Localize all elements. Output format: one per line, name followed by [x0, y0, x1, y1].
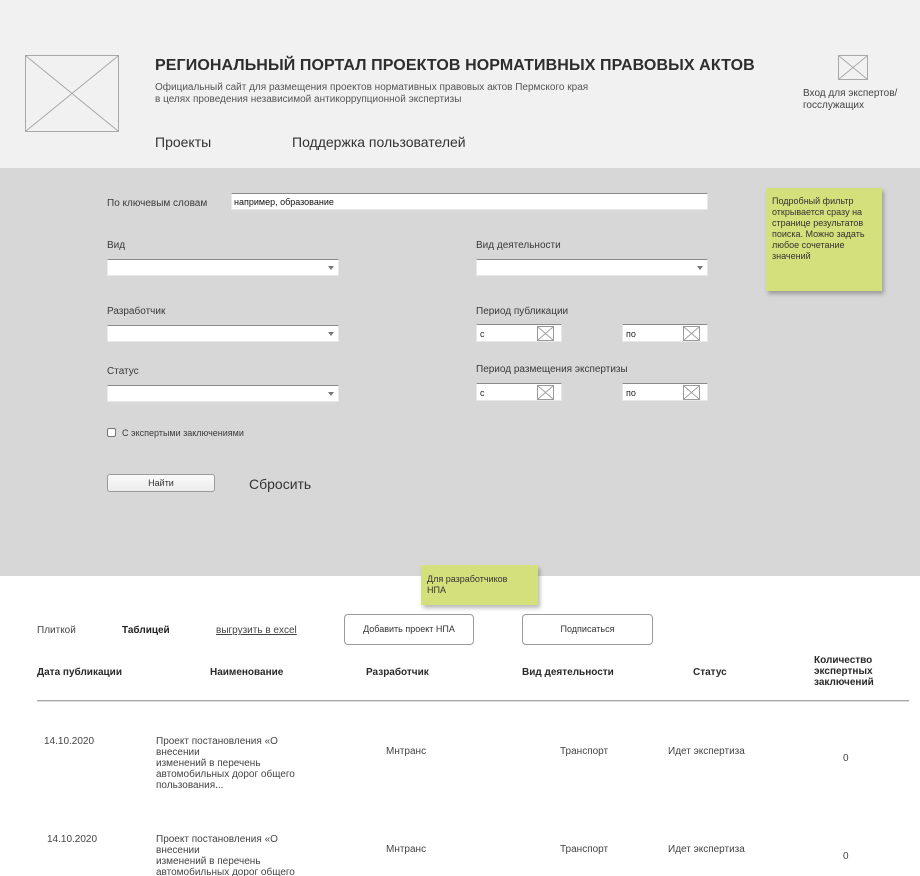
name-line: Проект постановления «О: [156, 834, 326, 845]
name-line: изменений в перечень: [156, 758, 326, 769]
chevron-down-icon: [328, 392, 334, 396]
publication-from-input[interactable]: с: [476, 324, 562, 342]
name-line: внесении: [156, 845, 326, 856]
opinions-header-line-3: заключений: [814, 677, 874, 688]
chevron-down-icon: [697, 266, 703, 270]
kind-label: Вид: [107, 240, 125, 251]
developer-label: Разработчик: [107, 306, 165, 317]
site-subtitle: Официальный сайт для размещения проектов…: [155, 82, 675, 106]
status-select[interactable]: [107, 385, 339, 402]
calendar-icon[interactable]: [537, 385, 554, 400]
column-header-activity[interactable]: Вид деятельности: [522, 667, 614, 678]
cell-name[interactable]: Проект постановления «О внесении изменен…: [156, 834, 326, 876]
expert-opinions-filter[interactable]: С экспертыми заключениями: [107, 428, 244, 438]
site-title: РЕГИОНАЛЬНЫЙ ПОРТАЛ ПРОЕКТОВ НОРМАТИВНЫХ…: [155, 57, 755, 75]
cell-developer: Мнтранс: [386, 746, 426, 757]
table-header-divider: [37, 700, 909, 701]
calendar-icon[interactable]: [537, 326, 554, 341]
logo-image-placeholder-icon[interactable]: [25, 55, 119, 132]
developer-select[interactable]: [107, 325, 339, 342]
expert-opinions-label: С экспертыми заключениями: [122, 428, 244, 438]
reset-button[interactable]: Сбросить: [249, 476, 311, 492]
cell-opinions: 0: [843, 851, 849, 862]
cell-date: 14.10.2020: [44, 736, 94, 747]
opinions-header-line-1: Количество: [814, 655, 874, 666]
column-header-opinions[interactable]: Количество экспертных заключений: [814, 655, 874, 688]
cell-status: Идет экспертиза: [668, 844, 745, 855]
dev-note-line-1: Для разработчиков: [427, 574, 532, 585]
cell-date: 14.10.2020: [47, 834, 97, 845]
cell-activity: Транспорт: [560, 844, 608, 855]
subtitle-line-2: в целях проведения независимой антикорру…: [155, 94, 675, 106]
expert-login-link[interactable]: Вход для экспертов/ госслужащих: [803, 88, 918, 112]
keywords-label: По ключевым словам: [107, 198, 207, 209]
opinions-header-line-2: экспертных: [814, 666, 874, 677]
column-header-status[interactable]: Статус: [693, 667, 727, 678]
cell-activity: Транспорт: [560, 746, 608, 757]
view-tiles-toggle[interactable]: Плиткой: [37, 625, 76, 636]
login-label-line-1: Вход для экспертов/: [803, 88, 918, 100]
subtitle-line-1: Официальный сайт для размещения проектов…: [155, 82, 675, 94]
activity-label: Вид деятельности: [476, 240, 561, 251]
publication-from-prefix: с: [480, 329, 485, 339]
name-line: автомобильных дорог общего: [156, 769, 326, 780]
calendar-icon[interactable]: [683, 385, 700, 400]
expertise-to-prefix: по: [626, 388, 636, 398]
chevron-down-icon: [328, 332, 334, 336]
publication-to-input[interactable]: по: [622, 324, 708, 342]
expert-opinions-checkbox[interactable]: [107, 428, 116, 437]
column-header-name[interactable]: Наименование: [210, 667, 283, 678]
site-header: РЕГИОНАЛЬНЫЙ ПОРТАЛ ПРОЕКТОВ НОРМАТИВНЫХ…: [0, 0, 920, 168]
calendar-icon[interactable]: [683, 326, 700, 341]
expertise-from-input[interactable]: с: [476, 383, 562, 401]
name-line: автомобильных дорог общего: [156, 867, 326, 876]
chevron-down-icon: [328, 266, 334, 270]
view-table-toggle[interactable]: Таблицей: [122, 625, 170, 636]
activity-select[interactable]: [476, 259, 708, 276]
name-line: Проект постановления «О: [156, 736, 326, 747]
expertise-from-prefix: с: [480, 388, 485, 398]
subscribe-button[interactable]: Подписаться: [522, 614, 653, 645]
name-line: внесении: [156, 747, 326, 758]
publication-period-label: Период публикации: [476, 306, 568, 317]
nav-user-support[interactable]: Поддержка пользователей: [292, 134, 466, 150]
cell-developer: Мнтранс: [386, 844, 426, 855]
column-header-developer[interactable]: Разработчик: [366, 667, 429, 678]
export-excel-link[interactable]: выгрузить в excel: [216, 625, 297, 636]
dev-note-line-2: НПА: [427, 585, 532, 596]
keywords-input[interactable]: например, образование: [231, 193, 708, 210]
add-project-button[interactable]: Добавить проект НПА: [344, 614, 474, 645]
login-image-placeholder-icon[interactable]: [838, 55, 868, 80]
status-label: Статус: [107, 366, 139, 377]
name-line: пользования...: [156, 780, 326, 791]
publication-to-prefix: по: [626, 329, 636, 339]
kind-select[interactable]: [107, 259, 339, 276]
login-label-line-2: госслужащих: [803, 100, 918, 112]
find-button[interactable]: Найти: [107, 474, 215, 492]
page: РЕГИОНАЛЬНЫЙ ПОРТАЛ ПРОЕКТОВ НОРМАТИВНЫХ…: [0, 0, 920, 876]
nav-projects[interactable]: Проекты: [155, 134, 211, 150]
cell-name[interactable]: Проект постановления «О внесении изменен…: [156, 736, 326, 791]
name-line: изменений в перечень: [156, 856, 326, 867]
cell-status: Идет экспертиза: [668, 746, 745, 757]
column-header-date[interactable]: Дата публикации: [37, 667, 122, 678]
expertise-period-label: Период размещения экспертизы: [476, 364, 628, 375]
filter-sticky-note: Подробный фильтр открывается сразу на ст…: [766, 188, 882, 291]
cell-opinions: 0: [843, 753, 849, 764]
developer-sticky-note: Для разработчиков НПА: [421, 565, 538, 605]
expertise-to-input[interactable]: по: [622, 383, 708, 401]
